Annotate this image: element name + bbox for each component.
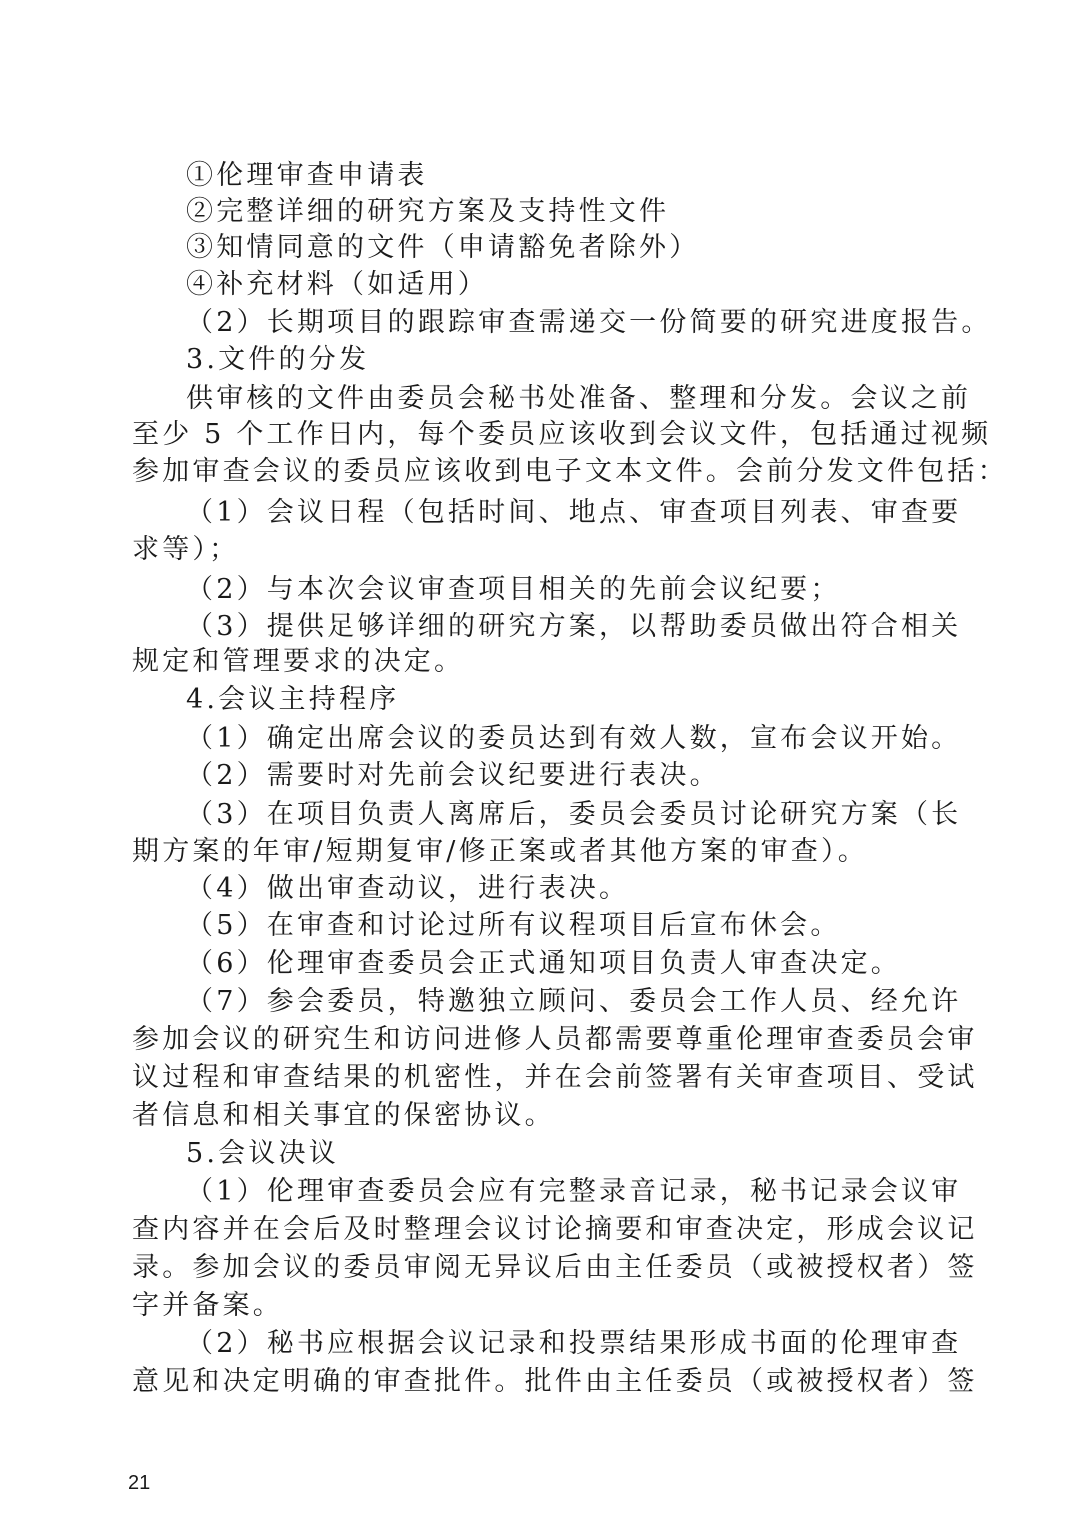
paragraph-line: 议过程和审查结果的机密性，并在会前签署有关审查项目、受试 (132, 1059, 962, 1097)
paragraph-line: 至少 5 个工作日内，每个委员应该收到会议文件，包括通过视频 (132, 416, 962, 454)
paragraph-line: 者信息和相关事宜的保密协议。 (132, 1097, 962, 1135)
section-heading-distribution: 3.文件的分发 (186, 341, 1016, 379)
page-number: 21 (128, 1472, 150, 1495)
paragraph-line: （2）长期项目的跟踪审查需递交一份简要的研究进度报告。 (186, 304, 1016, 342)
paragraph-line: （7）参会委员，特邀独立顾问、委员会工作人员、经允许 (186, 983, 1016, 1021)
paragraph-line: （5）在审查和讨论过所有议程项目后宣布休会。 (186, 907, 1016, 945)
list-item-supplementary: ④补充材料（如适用） (186, 266, 1016, 304)
paragraph-line: 规定和管理要求的决定。 (132, 643, 962, 681)
paragraph-line: 字并备案。 (132, 1287, 962, 1325)
paragraph-line: （4）做出审查动议，进行表决。 (186, 870, 1016, 908)
paragraph-line: 供审核的文件由委员会秘书处准备、整理和分发。会议之前 (186, 380, 1016, 418)
paragraph-line: （2）需要时对先前会议纪要进行表决。 (186, 757, 1016, 795)
paragraph-line: （1）确定出席会议的委员达到有效人数，宣布会议开始。 (186, 720, 1016, 758)
paragraph-line: （2）与本次会议审查项目相关的先前会议纪要； (186, 571, 1016, 609)
paragraph-line: （6）伦理审查委员会正式通知项目负责人审查决定。 (186, 945, 1016, 983)
paragraph-line: （3）提供足够详细的研究方案，以帮助委员做出符合相关 (186, 608, 1016, 646)
paragraph-line: 参加会议的研究生和访问进修人员都需要尊重伦理审查委员会审 (132, 1021, 962, 1059)
paragraph-line: （3）在项目负责人离席后，委员会委员讨论研究方案（长 (186, 796, 1016, 834)
list-item-informed-consent: ③知情同意的文件（申请豁免者除外） (186, 229, 1016, 267)
list-item-application-form: ①伦理审查申请表 (186, 157, 1016, 195)
paragraph-line: 求等）； (132, 531, 962, 569)
paragraph-line: 意见和决定明确的审查批件。批件由主任委员（或被授权者）签 (132, 1363, 962, 1401)
section-heading-meeting-procedure: 4.会议主持程序 (186, 681, 1016, 719)
paragraph-line: （1）伦理审查委员会应有完整录音记录，秘书记录会议审 (186, 1173, 1016, 1211)
paragraph-line: 参加审查会议的委员应该收到电子文本文件。会前分发文件包括： (132, 453, 962, 491)
paragraph-line: 期方案的年审/短期复审/修正案或者其他方案的审查）。 (132, 833, 962, 871)
list-item-research-plan: ②完整详细的研究方案及支持性文件 (186, 193, 1016, 231)
paragraph-line: 录。参加会议的委员审阅无异议后由主任委员（或被授权者）签 (132, 1249, 962, 1287)
section-heading-resolution: 5.会议决议 (186, 1135, 1016, 1173)
paragraph-line: （2）秘书应根据会议记录和投票结果形成书面的伦理审查 (186, 1325, 1016, 1363)
paragraph-line: （1）会议日程（包括时间、地点、审查项目列表、审查要 (186, 494, 1016, 532)
paragraph-line: 查内容并在会后及时整理会议讨论摘要和审查决定，形成会议记 (132, 1211, 962, 1249)
document-page: ①伦理审查申请表 ②完整详细的研究方案及支持性文件 ③知情同意的文件（申请豁免者… (0, 0, 1080, 1528)
